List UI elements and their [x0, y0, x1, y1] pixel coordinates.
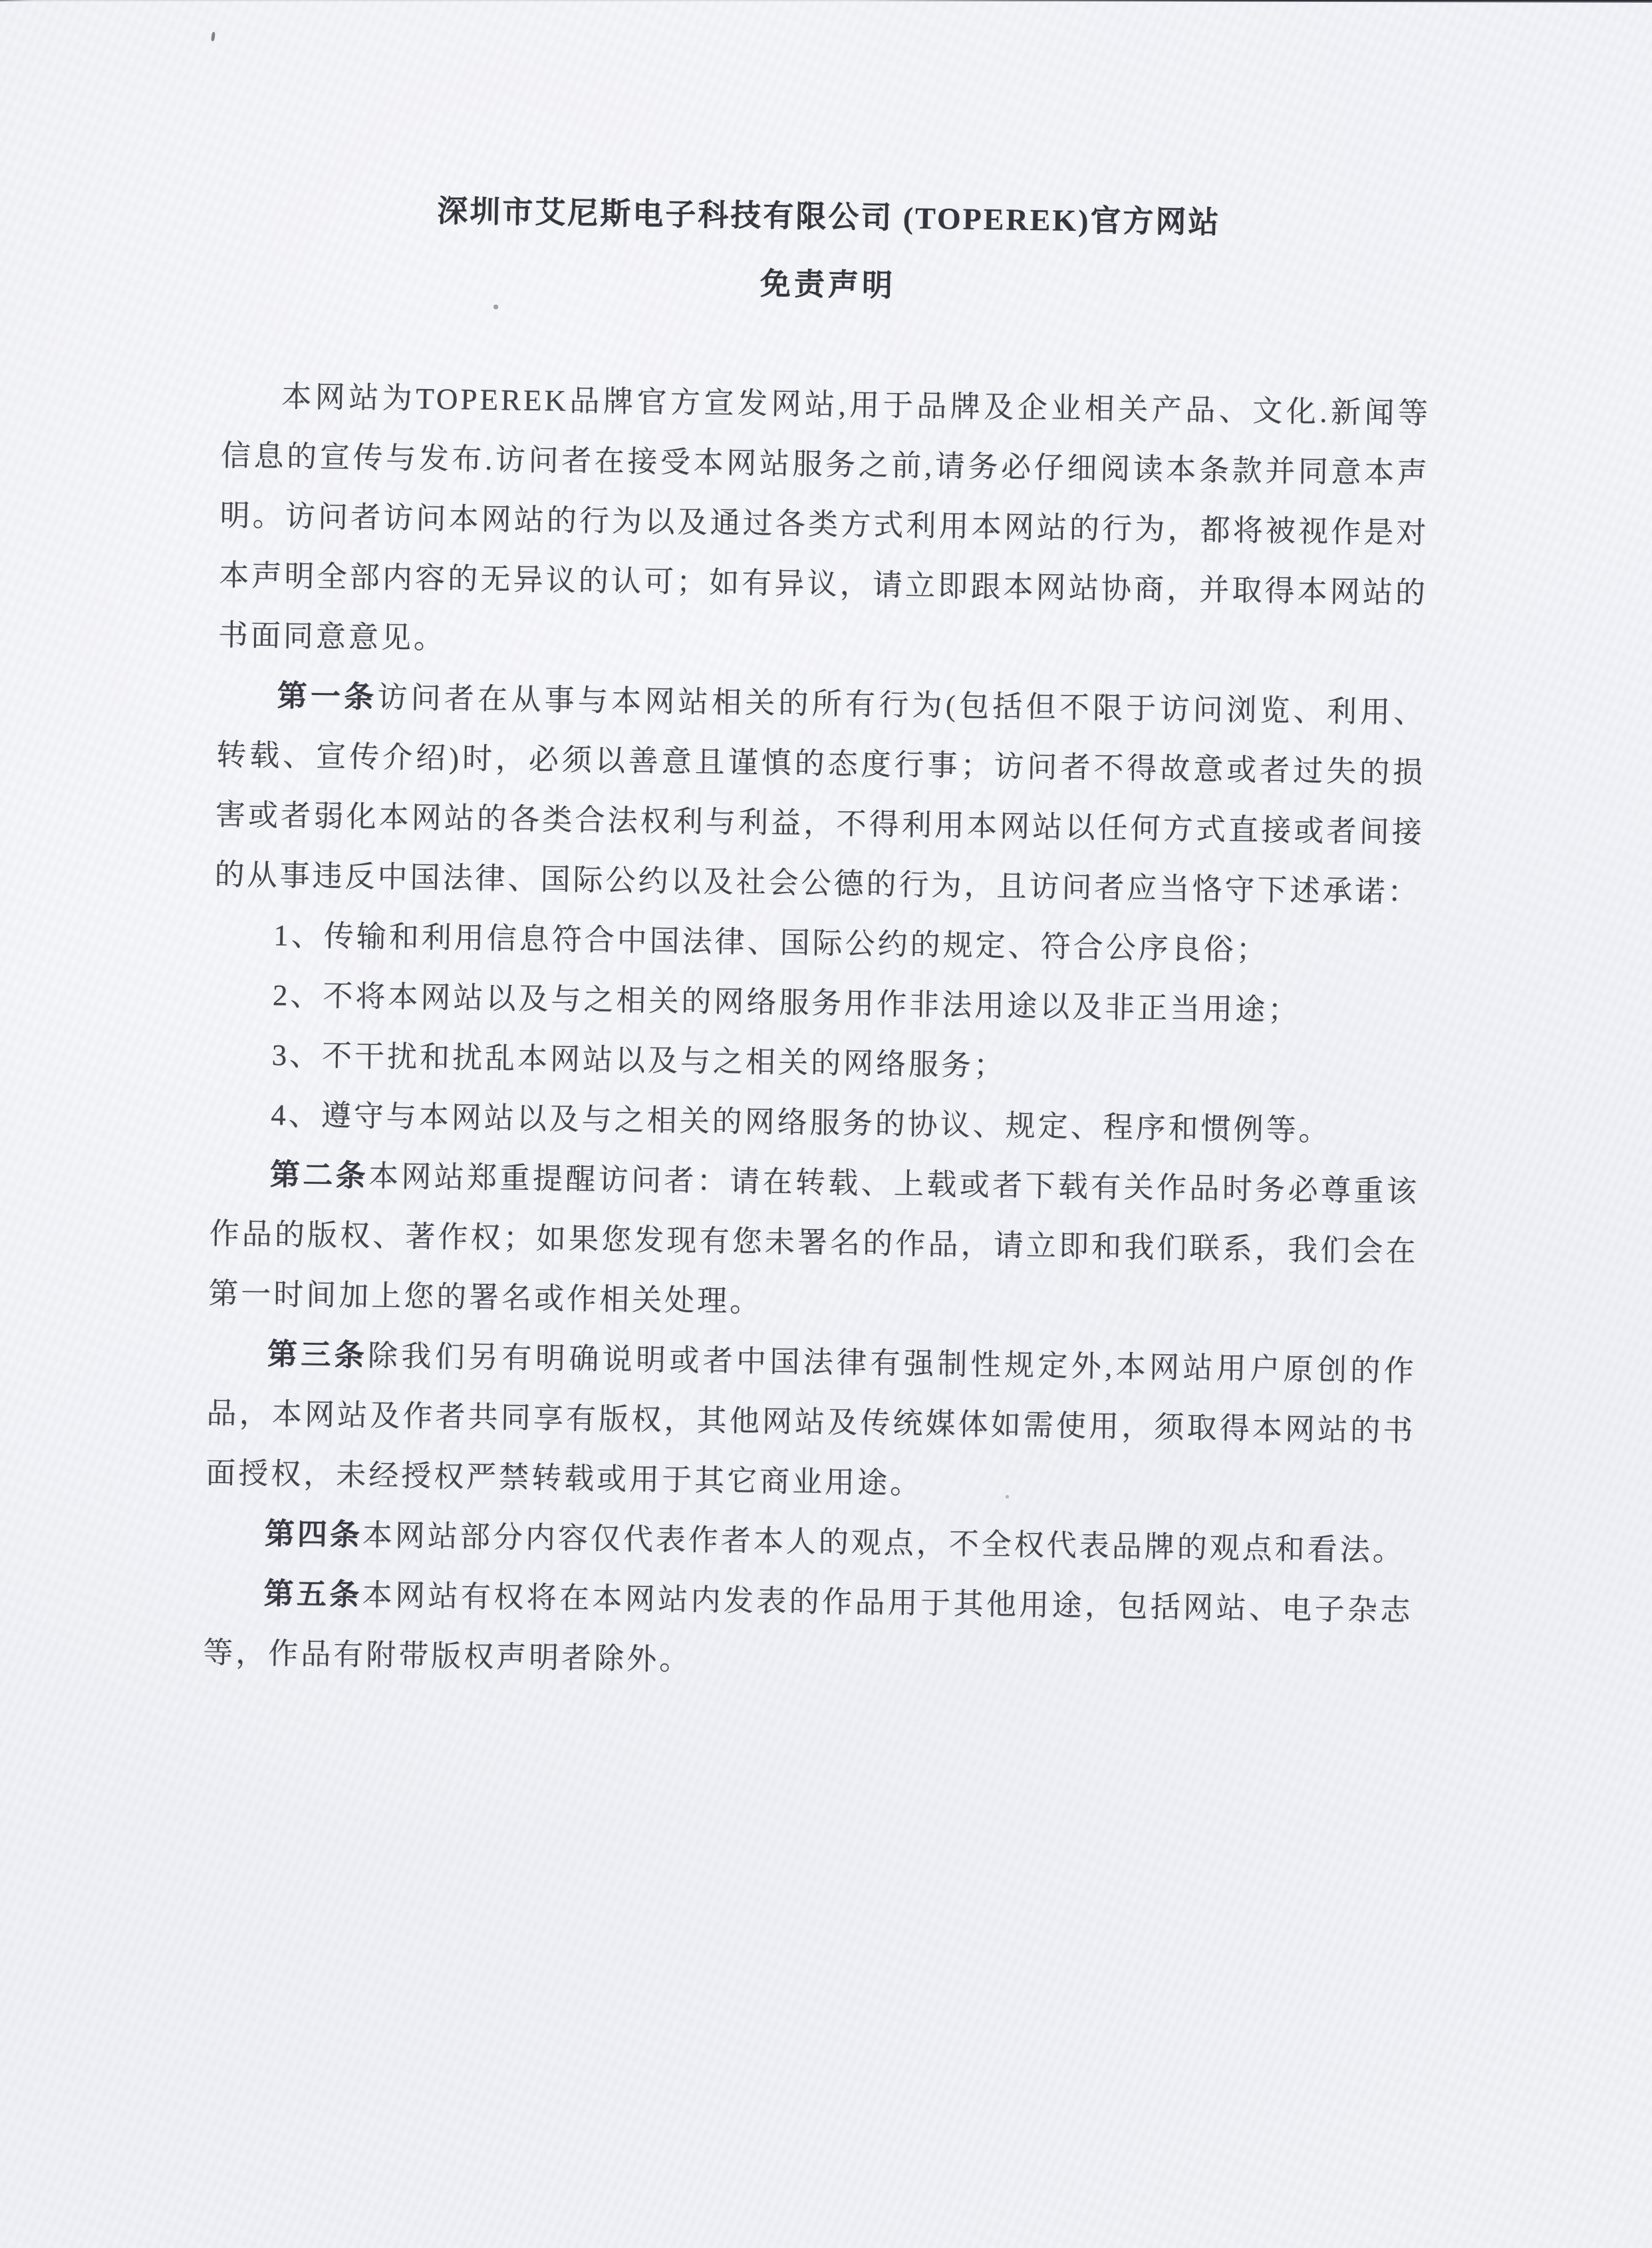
article-1-label: 第一条	[277, 679, 378, 714]
article-3-paragraph: 第三条除我们另有明确说明或者中国法律有强制性规定外,本网站用户原创的作品，本网站…	[206, 1324, 1417, 1521]
scan-speck	[211, 32, 215, 42]
article-5-paragraph: 第五条本网站有权将在本网站内发表的作品用于其他用途，包括网站、电子杂志等，作品有…	[203, 1563, 1413, 1701]
article-5-text: 本网站有权将在本网站内发表的作品用于其他用途，包括网站、电子杂志等，作品有附带版…	[203, 1578, 1413, 1676]
article-3-label: 第三条	[267, 1337, 368, 1372]
article-1-text: 访问者在从事与本网站相关的所有行为(包括但不限于访问浏览、利用、转载、宣传介绍)…	[214, 680, 1427, 909]
document-title: 深圳市艾尼斯电子科技有限公司 (TOPEREK)官方网站	[224, 188, 1434, 247]
article-1-paragraph: 第一条访问者在从事与本网站相关的所有行为(包括但不限于访问浏览、利用、转载、宣传…	[214, 665, 1427, 922]
document-content: 深圳市艾尼斯电子科技有限公司 (TOPEREK)官方网站 免责声明 本网站为TO…	[203, 188, 1434, 1701]
intro-text: 本网站为TOPEREK品牌官方宣发网站,用于品牌及企业相关产品、文化.新闻等信息…	[218, 380, 1431, 655]
article-3-text: 除我们另有明确说明或者中国法律有强制性规定外,本网站用户原创的作品，本网站及作者…	[206, 1339, 1417, 1500]
document-body: 本网站为TOPEREK品牌官方宣发网站,用于品牌及企业相关产品、文化.新闻等信息…	[203, 366, 1431, 1701]
document-subtitle: 免责声明	[223, 255, 1433, 315]
article-2-paragraph: 第二条本网站郑重提醒访问者：请在转载、上载或者下载有关作品时务必尊重该作品的版权…	[208, 1144, 1420, 1341]
intro-paragraph: 本网站为TOPEREK品牌官方宣发网站,用于品牌及企业相关产品、文化.新闻等信息…	[217, 366, 1431, 683]
article-2-label: 第二条	[270, 1158, 369, 1193]
article-4-text: 本网站部分内容仅代表作者本人的观点，不全权代表品牌的观点和看法。	[362, 1518, 1406, 1567]
scanned-document-page: 深圳市艾尼斯电子科技有限公司 (TOPEREK)官方网站 免责声明 本网站为TO…	[0, 0, 1652, 2248]
article-4-label: 第四条	[265, 1517, 363, 1552]
article-2-text: 本网站郑重提醒访问者：请在转载、上载或者下载有关作品时务必尊重该作品的版权、著作…	[208, 1159, 1419, 1318]
article-5-label: 第五条	[263, 1577, 362, 1612]
